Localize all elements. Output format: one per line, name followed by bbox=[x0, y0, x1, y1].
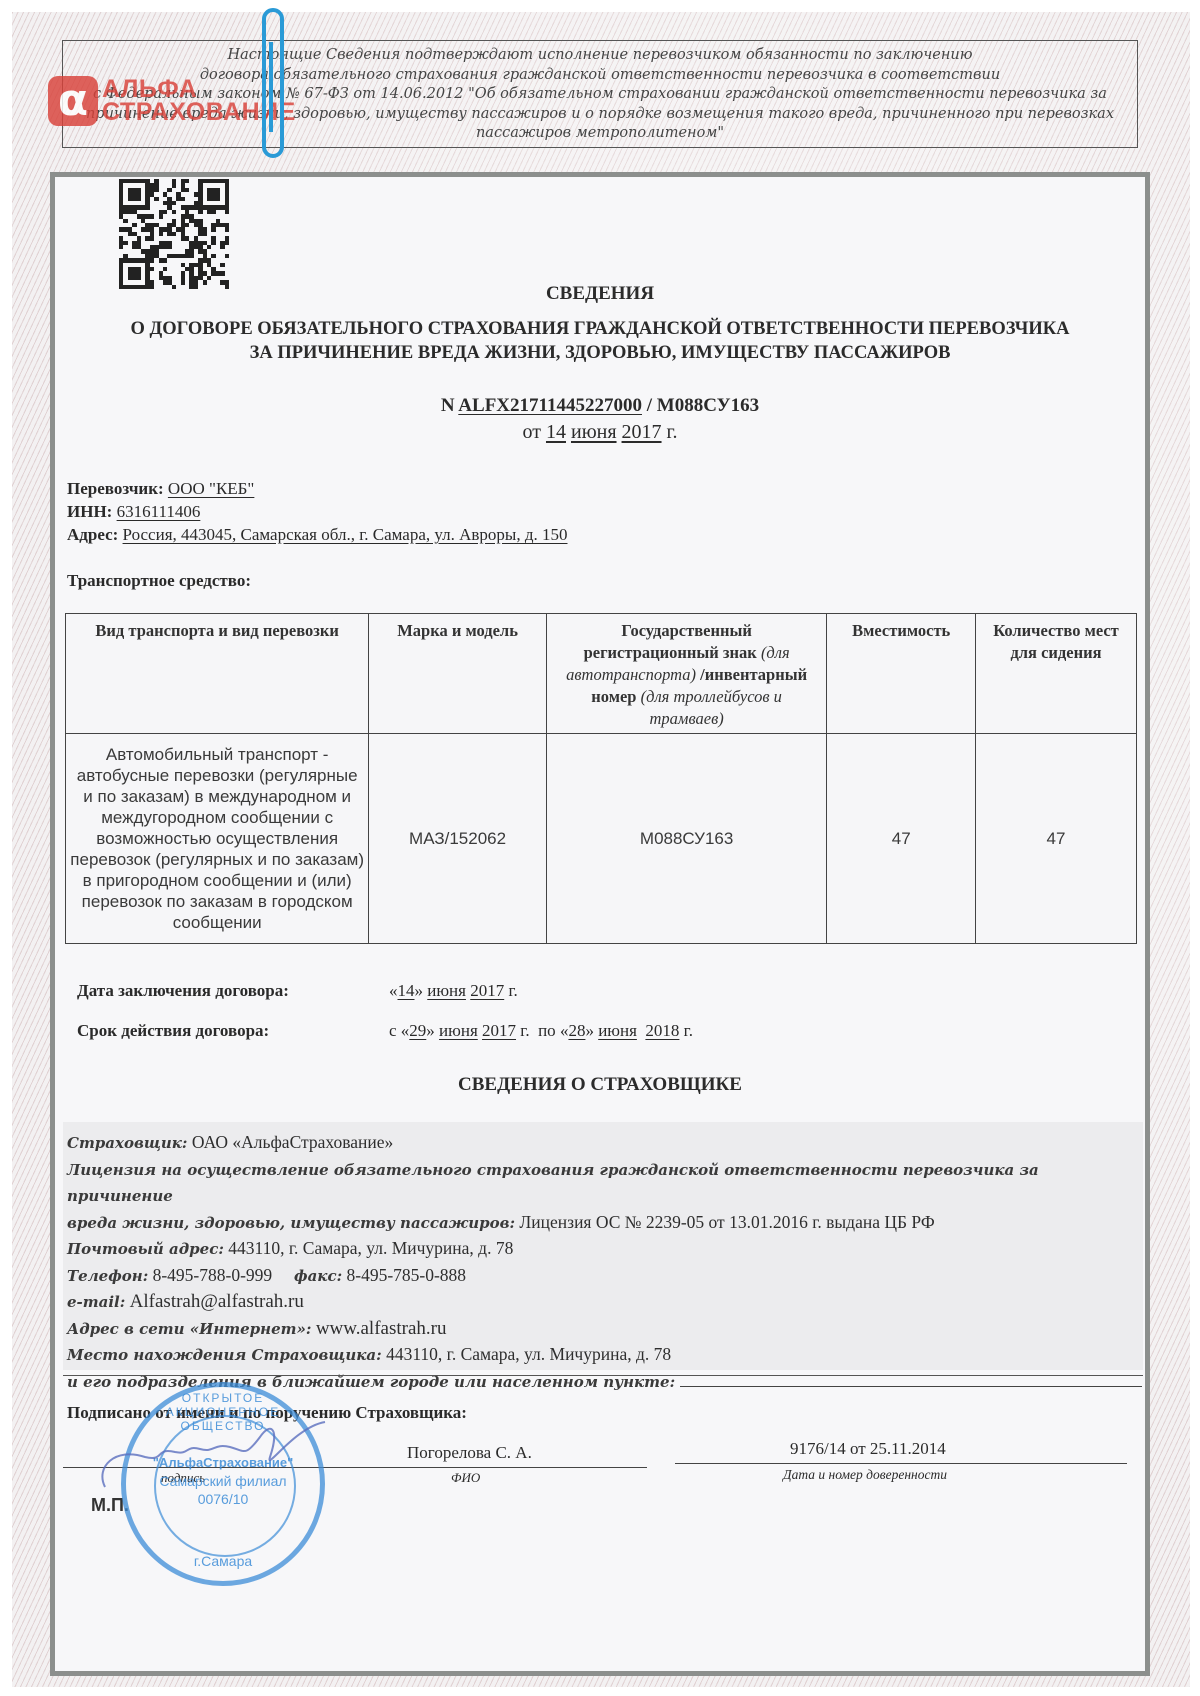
phone-label: Телефон: bbox=[67, 1267, 148, 1285]
table-header-row: Вид транспорта и вид перевозки Марка и м… bbox=[66, 614, 1137, 734]
license-label-row: Лицензия на осуществление обязательного … bbox=[67, 1157, 1143, 1210]
web-row: Адрес в сети «Интернет»: www.alfastrah.r… bbox=[67, 1316, 1143, 1343]
license-value: Лицензия ОС № 2239-05 от 13.01.2016 г. в… bbox=[519, 1212, 934, 1232]
carrier-name: ООО "КЕБ" bbox=[168, 479, 254, 498]
to-day: 28 bbox=[568, 1021, 585, 1040]
postal-label: Почтовый адрес: bbox=[67, 1240, 224, 1258]
cell-seats: 47 bbox=[976, 734, 1137, 944]
license-label: Лицензия на осуществление обязательного … bbox=[67, 1161, 1039, 1206]
conclusion-date: «14» июня 2017 г. bbox=[389, 981, 518, 1001]
date-year: 2017 bbox=[622, 421, 662, 443]
conclusion-year: 2017 bbox=[470, 981, 504, 1000]
fax-label: факс: bbox=[294, 1267, 342, 1285]
fax-value: 8-495-785-0-888 bbox=[347, 1265, 467, 1285]
address-value: Россия, 443045, Самарская обл., г. Самар… bbox=[123, 525, 568, 544]
to-year: 2018 bbox=[645, 1021, 679, 1040]
location-row: Место нахождения Страховщика: 443110, г.… bbox=[67, 1342, 1143, 1369]
from-month: июня bbox=[439, 1021, 478, 1040]
date-prefix: от bbox=[523, 421, 541, 443]
from-word: с bbox=[389, 1021, 397, 1040]
policy-number-value: ALFX21711445227000 bbox=[458, 395, 642, 416]
conclusion-day: 14 bbox=[398, 981, 415, 1000]
document-frame: СВЕДЕНИЯ О ДОГОВОРЕ ОБЯЗАТЕЛЬНОГО СТРАХО… bbox=[50, 172, 1150, 1676]
number-suffix: / М088СУ163 bbox=[647, 395, 759, 416]
vehicle-section-label: Транспортное средство: bbox=[67, 571, 251, 591]
divider bbox=[63, 1375, 1143, 1376]
conclusion-label: Дата заключения договора: bbox=[77, 981, 289, 1001]
email-link[interactable]: Alfastrah@alfastrah.ru bbox=[130, 1291, 304, 1312]
document-subtitle: О ДОГОВОРЕ ОБЯЗАТЕЛЬНОГО СТРАХОВАНИЯ ГРА… bbox=[55, 317, 1145, 365]
web-label: Адрес в сети «Интернет»: bbox=[67, 1320, 311, 1338]
seal-city: г.Самара bbox=[126, 1553, 320, 1569]
phone-value: 8-495-788-0-999 bbox=[153, 1265, 273, 1285]
col-capacity: Вместимость bbox=[827, 614, 976, 734]
subtitle-line-2: ЗА ПРИЧИНЕНИЕ ВРЕДА ЖИЗНИ, ЗДОРОВЬЮ, ИМУ… bbox=[55, 341, 1145, 365]
from-day: 29 bbox=[409, 1021, 426, 1040]
phone-row: Телефон: 8-495-788-0-999 факс: 8-495-785… bbox=[67, 1263, 1143, 1290]
insurer-info: Страховщик: ОАО «АльфаСтрахование» Лицен… bbox=[63, 1122, 1143, 1370]
postal-value: 443110, г. Самара, ул. Мичурина, д. 78 bbox=[228, 1238, 513, 1258]
carrier-name-label: Перевозчик: bbox=[67, 479, 164, 498]
carrier-name-row: Перевозчик: ООО "КЕБ" bbox=[67, 477, 568, 500]
from-year: 2017 bbox=[482, 1021, 516, 1040]
inn-label: ИНН: bbox=[67, 502, 112, 521]
location-value: 443110, г. Самара, ул. Мичурина, д. 78 bbox=[386, 1344, 671, 1364]
to-word: по bbox=[538, 1021, 556, 1040]
insurer-section-title: СВЕДЕНИЯ О СТРАХОВЩИКЕ bbox=[55, 1074, 1145, 1096]
policy-number: N ALFX21711445227000 / М088СУ163 bbox=[55, 395, 1145, 417]
number-prefix: N bbox=[441, 395, 455, 416]
cell-capacity: 47 bbox=[827, 734, 976, 944]
insurer-name-row: Страховщик: ОАО «АльфаСтрахование» bbox=[67, 1130, 1143, 1157]
year-suffix: г. bbox=[684, 1021, 693, 1040]
email-row: e-mail: Alfastrah@alfastrah.ru bbox=[67, 1289, 1143, 1316]
reg-header-part: Государственный регистрационный знак bbox=[584, 621, 757, 662]
col-seats: Количество мест для сидения bbox=[976, 614, 1137, 734]
subtitle-line-1: О ДОГОВОРЕ ОБЯЗАТЕЛЬНОГО СТРАХОВАНИЯ ГРА… bbox=[55, 317, 1145, 341]
cell-registration: М088СУ163 bbox=[546, 734, 827, 944]
alpha-logo-icon: α bbox=[48, 76, 98, 126]
col-transport-type: Вид транспорта и вид перевозки bbox=[66, 614, 369, 734]
cell-transport-type: Автомобильный транспорт - автобусные пер… bbox=[66, 734, 369, 944]
inv-header-note: (для троллейбусов и трамваев) bbox=[641, 687, 782, 728]
carrier-info: Перевозчик: ООО "КЕБ" ИНН: 6316111406 Ад… bbox=[67, 477, 568, 546]
document-title: СВЕДЕНИЯ bbox=[55, 283, 1145, 305]
insurer-name: ОАО «АльфаСтрахование» bbox=[192, 1132, 393, 1152]
table-row: Автомобильный транспорт - автобусные пер… bbox=[66, 734, 1137, 944]
cell-make-model: МАЗ/152062 bbox=[369, 734, 546, 944]
license-row: вреда жизни, здоровью, имуществу пассажи… bbox=[67, 1210, 1143, 1237]
inn-value: 6316111406 bbox=[117, 502, 201, 521]
poa-caption: Дата и номер доверенности bbox=[783, 1467, 947, 1483]
location-label: Место нахождения Страховщика: bbox=[67, 1346, 382, 1364]
email-label: e-mail: bbox=[67, 1293, 125, 1311]
handwritten-signature-icon bbox=[95, 1417, 335, 1497]
year-suffix: г. bbox=[520, 1021, 529, 1040]
year-suffix: г. bbox=[508, 981, 517, 1000]
qr-code bbox=[119, 179, 229, 289]
insurer-name-label: Страховщик: bbox=[67, 1134, 187, 1152]
license-label-cont: вреда жизни, здоровью, имуществу пассажи… bbox=[67, 1214, 515, 1232]
poa-line bbox=[675, 1463, 1127, 1464]
vehicle-table: Вид транспорта и вид перевозки Марка и м… bbox=[65, 613, 1137, 944]
term-value: с «29» июня 2017 г. по «28» июня 2018 г. bbox=[389, 1021, 693, 1041]
date-suffix: г. bbox=[667, 421, 678, 443]
signer-name: Погорелова С. А. bbox=[407, 1443, 532, 1463]
to-month: июня bbox=[598, 1021, 637, 1040]
carrier-inn-row: ИНН: 6316111406 bbox=[67, 500, 568, 523]
fio-caption: ФИО bbox=[451, 1470, 480, 1486]
date-day: 14 bbox=[546, 421, 566, 443]
paperclip-icon bbox=[262, 8, 284, 158]
notice-line: пассажиров метрополитеном" bbox=[63, 124, 1137, 144]
date-month: июня bbox=[571, 421, 617, 443]
carrier-address-row: Адрес: Россия, 443045, Самарская обл., г… bbox=[67, 523, 568, 546]
notice-line: Настоящие Сведения подтверждают исполнен… bbox=[63, 46, 1137, 66]
col-make-model: Марка и модель bbox=[369, 614, 546, 734]
website-link[interactable]: www.alfastrah.ru bbox=[316, 1318, 447, 1339]
postal-row: Почтовый адрес: 443110, г. Самара, ул. М… bbox=[67, 1236, 1143, 1263]
conclusion-month: июня bbox=[427, 981, 466, 1000]
col-registration: Государственный регистрационный знак (дл… bbox=[546, 614, 827, 734]
term-label: Срок действия договора: bbox=[77, 1021, 269, 1041]
alfastrakhovanie-logo: α АЛЬФА СТРАХОВАНИЕ bbox=[48, 76, 296, 126]
poa-value: 9176/14 от 25.11.2014 bbox=[790, 1439, 946, 1459]
address-label: Адрес: bbox=[67, 525, 118, 544]
policy-date: от 14 июня 2017 г. bbox=[55, 421, 1145, 444]
